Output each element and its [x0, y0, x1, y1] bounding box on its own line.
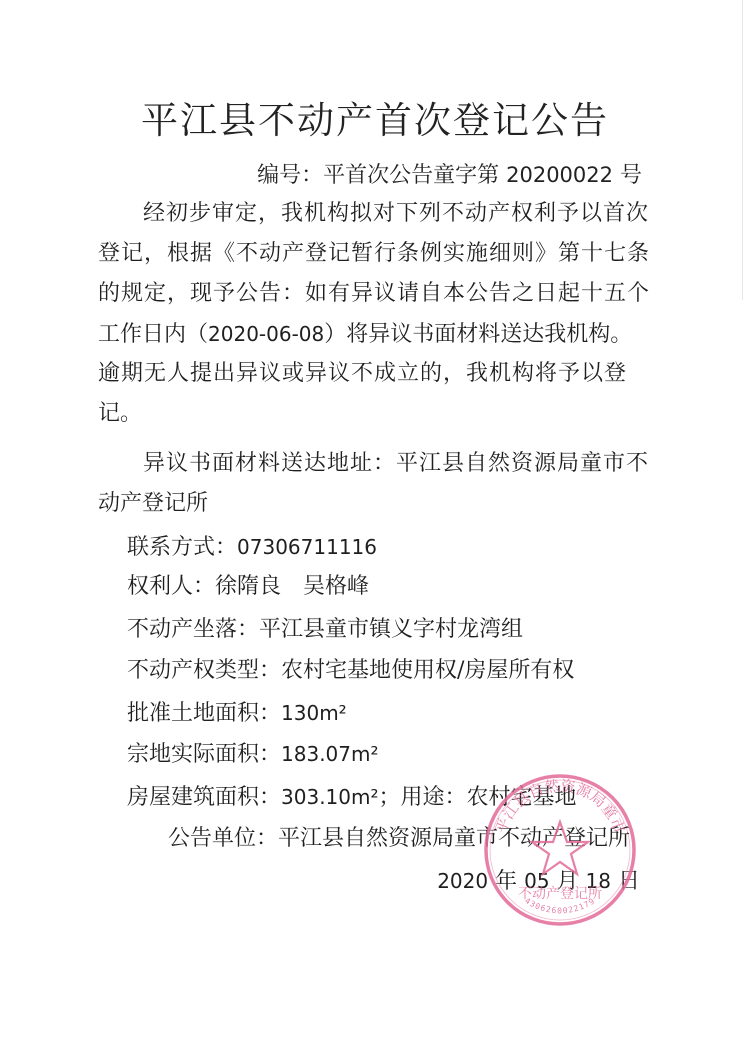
footer-date-month-unit: 月: [550, 869, 586, 894]
body-p1-line4: 工作日内（2020-06-08）将异议书面材料送达我机构。: [98, 317, 632, 352]
field-right-type-value: 农村宅基地使用权/房屋所有权: [281, 658, 574, 683]
field-approved-area-value: 130m²: [281, 701, 347, 725]
field-approved-area: 批准土地面积：130m²: [127, 696, 347, 731]
body-p2-line2: 动产登记所: [98, 487, 208, 521]
body-p1-line6: 记。: [98, 397, 142, 431]
body-p2-line1: 异议书面材料送达地址：平江县自然资源局童市不: [143, 447, 649, 481]
document-number-label: 编号：平首次公告童字第: [257, 163, 506, 188]
field-right-type: 不动产权类型：农村宅基地使用权/房屋所有权: [127, 654, 574, 688]
objection-deadline-date: 2020-06-08: [208, 322, 324, 346]
body-p1-line4-post: ）将异议书面材料送达我机构。: [324, 322, 632, 347]
field-location-label: 不动产坐落：: [127, 617, 259, 642]
field-approved-area-label: 批准土地面积：: [127, 701, 281, 726]
field-actual-area-label: 宗地实际面积：: [127, 742, 281, 767]
document-number: 编号：平首次公告童字第 20200022 号: [257, 158, 642, 193]
footer-date: 2020 年 05 月 18 日: [437, 864, 640, 899]
field-right-type-label: 不动产权类型：: [127, 658, 281, 683]
field-location-value: 平江县童市镇义字村龙湾组: [259, 617, 523, 642]
field-actual-area-value: 183.07m²: [281, 742, 378, 766]
field-building-area: 房屋建筑面积：303.10m²；用途：农村宅基地: [127, 780, 577, 815]
body-p1-line2: 登记，根据《不动产登记暂行条例实施细则》第十七条: [98, 237, 650, 271]
footer-issuer-label: 公告单位：: [168, 826, 278, 851]
document-number-suffix: 号: [613, 163, 642, 188]
scan-edge-line: [742, 0, 743, 300]
body-p1-line3: 的规定，现予公告：如有异议请自本公告之日起十五个: [98, 277, 650, 311]
field-owner: 权利人：徐隋良 吴格峰: [127, 570, 369, 604]
document-number-value: 20200022: [506, 163, 613, 187]
field-contact-value: 07306711116: [237, 535, 377, 559]
field-location: 不动产坐落：平江县童市镇义字村龙湾组: [127, 613, 523, 647]
field-owner-label: 权利人：: [127, 574, 215, 599]
footer-date-month: 05: [524, 869, 549, 893]
body-p1-line4-pre: 工作日内（: [98, 322, 208, 347]
footer-date-year-unit: 年: [488, 869, 524, 894]
field-usage-label: ；用途：: [379, 785, 467, 810]
field-contact-label: 联系方式：: [127, 535, 237, 560]
document-title: 平江县不动产首次登记公告: [0, 96, 750, 146]
footer-date-year: 2020: [437, 869, 488, 893]
field-building-area-value: 303.10m²: [281, 785, 378, 809]
field-owner-value: 徐隋良 吴格峰: [215, 574, 369, 599]
field-actual-area: 宗地实际面积：183.07m²: [127, 737, 379, 772]
field-contact: 联系方式：07306711116: [127, 530, 377, 565]
footer-date-day: 18: [586, 869, 611, 893]
svg-text:4306260022179: 4306260022179: [523, 896, 597, 915]
body-p1-line5: 逾期无人提出异议或异议不成立的，我机构将予以登: [98, 357, 627, 391]
footer-issuer-value: 平江县自然资源局童市不动产登记所: [278, 826, 630, 851]
field-building-area-label: 房屋建筑面积：: [127, 785, 281, 810]
body-p1-line1: 经初步审定，我机构拟对下列不动产权利予以首次: [143, 197, 649, 231]
footer-issuer: 公告单位：平江县自然资源局童市不动产登记所: [168, 822, 630, 856]
footer-date-day-unit: 日: [611, 869, 640, 894]
field-usage-value: 农村宅基地: [467, 785, 577, 810]
